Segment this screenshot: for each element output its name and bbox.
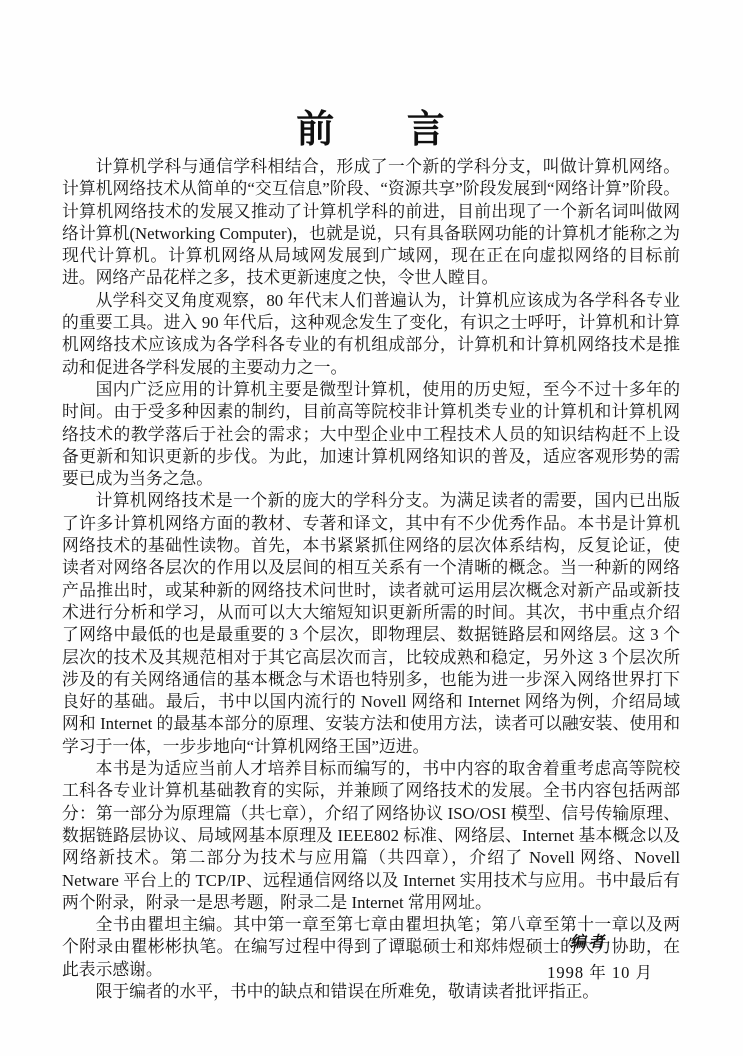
preface-page: 前 言 计算机学科与通信学科相结合，形成了一个新的学科分支，叫做计算机网络。计算… xyxy=(0,0,743,1056)
page-title: 前 言 xyxy=(0,98,743,153)
preface-body: 计算机学科与通信学科相结合，形成了一个新的学科分支，叫做计算机网络。计算机网络技… xyxy=(62,156,680,1003)
paragraph-book-structure: 本书是为适应当前人才培养目标而编写的，书中内容的取舍着重考虑高等院校工科各专业计… xyxy=(62,758,680,914)
paragraph-apology: 限于编者的水平，书中的缺点和错误在所难免，敬请读者批评指正。 xyxy=(62,981,680,1003)
paragraph-domestic-situation: 国内广泛应用的计算机主要是微型计算机，使用的历史短，至今不过十多年的时间。由于受… xyxy=(62,379,680,490)
paragraph-discipline-crossover: 从学科交叉角度观察，80 年代末人们普遍认为，计算机应该成为各学科各专业的重要工… xyxy=(62,290,680,379)
signature-date: 1998 年 10 月 xyxy=(547,959,653,983)
signature-author: 编者 xyxy=(547,930,653,952)
paragraph-book-approach: 计算机网络技术是一个新的庞大的学科分支。为满足读者的需要，国内已出版了许多计算机… xyxy=(62,490,680,758)
signature-block: 编者 1998 年 10 月 xyxy=(547,930,653,983)
paragraph-intro: 计算机学科与通信学科相结合，形成了一个新的学科分支，叫做计算机网络。计算机网络技… xyxy=(62,156,680,290)
